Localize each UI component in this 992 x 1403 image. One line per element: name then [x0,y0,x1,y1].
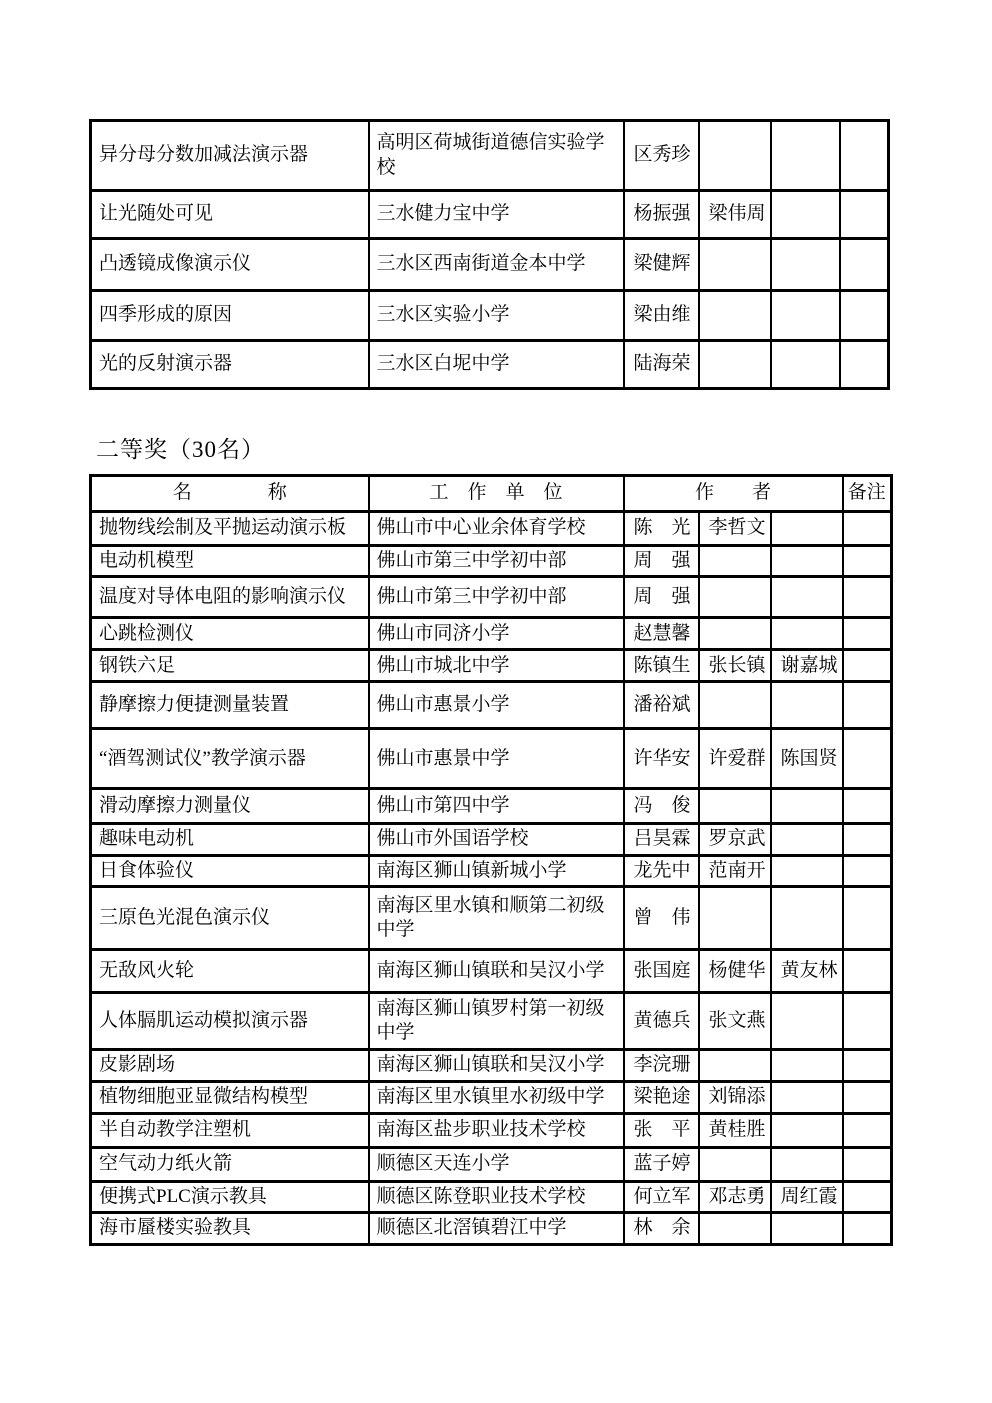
table-row: 三原色光混色演示仪南海区里水镇和顺第二初级中学曾 伟 [91,886,892,949]
cell-name: 温度对导体电阻的影响演示仪 [91,577,369,618]
table-row: 钢铁六足佛山市城北中学陈镇生张长镇谢嘉城 [91,650,892,682]
cell-remark [843,546,892,577]
header-cell-1: 工 作 单 位 [369,476,624,512]
cell-author-1: 张国庭 [624,949,699,992]
cell-name: 凸透镜成像演示仪 [91,239,369,291]
document-page: 异分母分数加减法演示器高明区荷城街道德信实验学校区秀珍让光随处可见三水健力宝中学… [0,0,992,1403]
table-row: 人体膈肌运动模拟演示器南海区狮山镇罗村第一初级中学黄德兵张文燕 [91,992,892,1049]
cell-remark [843,1049,892,1081]
cell-name: 植物细胞亚显微结构模型 [91,1081,369,1113]
cell-author-1: 何立军 [624,1181,699,1212]
header-row: 名 称工 作 单 位作 者备注 [91,476,892,512]
cell-name: 空气动力纸火箭 [91,1147,369,1181]
cell-author-2 [699,682,771,729]
cell-remark [843,1081,892,1113]
table-row: 便携式PLC演示教具顺德区陈登职业技术学校何立军邓志勇周红霞 [91,1181,892,1212]
cell-author-3 [771,239,840,291]
cell-author-3 [771,577,843,618]
cell-remark [843,1147,892,1181]
cell-name: 抛物线绘制及平抛运动演示板 [91,512,369,546]
table-row: 半自动教学注塑机南海区盐步职业技术学校张 平黄桂胜 [91,1113,892,1147]
cell-author-2: 杨健华 [699,949,771,992]
cell-name: 钢铁六足 [91,650,369,682]
cell-author-3 [771,1113,843,1147]
cell-remark [840,291,889,341]
cell-name: 趣味电动机 [91,824,369,855]
cell-name: 四季形成的原因 [91,291,369,341]
cell-author-1: 许华安 [624,729,699,789]
cell-author-1: 潘裕斌 [624,682,699,729]
award-table-continued: 异分母分数加减法演示器高明区荷城街道德信实验学校区秀珍让光随处可见三水健力宝中学… [89,119,890,390]
cell-name: 电动机模型 [91,546,369,577]
cell-author-3 [771,341,840,389]
cell-remark [843,824,892,855]
cell-author-1: 李浣珊 [624,1049,699,1081]
cell-author-3 [771,824,843,855]
cell-author-1: 林 余 [624,1213,699,1244]
cell-unit: 佛山市中心业余体育学校 [369,512,624,546]
cell-unit: 南海区狮山镇罗村第一初级中学 [369,992,624,1049]
cell-author-2 [699,341,771,389]
cell-unit: 佛山市惠景中学 [369,729,624,789]
table-row: 滑动摩擦力测量仪佛山市第四中学冯 俊 [91,789,892,824]
table-row: 电动机模型佛山市第三中学初中部周 强 [91,546,892,577]
cell-unit: 南海区里水镇里水初级中学 [369,1081,624,1113]
header-cell-3: 备注 [843,476,892,512]
cell-unit: 三水区白坭中学 [369,341,624,389]
cell-remark [840,239,889,291]
cell-unit: 佛山市第三中学初中部 [369,577,624,618]
cell-unit: 南海区盐步职业技术学校 [369,1113,624,1147]
table-row: 四季形成的原因三水区实验小学梁由维 [91,291,889,341]
table-row: 植物细胞亚显微结构模型南海区里水镇里水初级中学梁艳途刘锦添 [91,1081,892,1113]
header-cell-2: 作 者 [624,476,843,512]
cell-unit: 顺德区天连小学 [369,1147,624,1181]
cell-remark [843,886,892,949]
table-row: 心跳检测仪佛山市同济小学赵慧馨 [91,618,892,650]
cell-author-3 [771,291,840,341]
table-row: 皮影剧场南海区狮山镇联和吴汉小学李浣珊 [91,1049,892,1081]
table-row: 空气动力纸火箭顺德区天连小学蓝子婷 [91,1147,892,1181]
cell-name: 滑动摩擦力测量仪 [91,789,369,824]
cell-name: 异分母分数加减法演示器 [91,121,369,191]
cell-unit: 顺德区陈登职业技术学校 [369,1181,624,1212]
cell-author-3 [771,789,843,824]
cell-unit: 佛山市外国语学校 [369,824,624,855]
cell-author-2 [699,121,771,191]
cell-author-3 [771,1213,843,1244]
cell-name: 三原色光混色演示仪 [91,886,369,949]
cell-remark [843,650,892,682]
table-top-grid: 异分母分数加减法演示器高明区荷城街道德信实验学校区秀珍让光随处可见三水健力宝中学… [89,119,890,390]
cell-remark [840,341,889,389]
cell-author-2: 许爱群 [699,729,771,789]
cell-author-1: 龙先中 [624,855,699,886]
cell-author-3 [771,1147,843,1181]
cell-author-3 [771,121,840,191]
cell-author-1: 陈 光 [624,512,699,546]
table-row: 抛物线绘制及平抛运动演示板佛山市中心业余体育学校陈 光李哲文 [91,512,892,546]
cell-author-3 [771,1081,843,1113]
cell-author-1: 梁由维 [624,291,699,341]
cell-remark [843,1181,892,1212]
cell-author-1: 杨振强 [624,191,699,239]
cell-name: 光的反射演示器 [91,341,369,389]
cell-unit: 佛山市第四中学 [369,789,624,824]
cell-author-2: 梁伟周 [699,191,771,239]
cell-unit: 南海区里水镇和顺第二初级中学 [369,886,624,949]
cell-name: 半自动教学注塑机 [91,1113,369,1147]
cell-author-2: 罗京武 [699,824,771,855]
cell-author-3 [771,546,843,577]
cell-remark [840,191,889,239]
cell-unit: 南海区狮山镇联和吴汉小学 [369,949,624,992]
table-row: 静摩擦力便捷测量装置佛山市惠景小学潘裕斌 [91,682,892,729]
cell-unit: 佛山市惠景小学 [369,682,624,729]
table-row: 让光随处可见三水健力宝中学杨振强梁伟周 [91,191,889,239]
cell-remark [843,1213,892,1244]
cell-remark [843,512,892,546]
cell-author-3: 谢嘉城 [771,650,843,682]
cell-remark [843,618,892,650]
cell-author-1: 黄德兵 [624,992,699,1049]
cell-name: 日食体验仪 [91,855,369,886]
cell-author-2 [699,577,771,618]
cell-author-2: 邓志勇 [699,1181,771,1212]
cell-author-1: 梁健辉 [624,239,699,291]
cell-author-1: 曾 伟 [624,886,699,949]
table-row: 光的反射演示器三水区白坭中学陆海荣 [91,341,889,389]
cell-unit: 南海区狮山镇新城小学 [369,855,624,886]
cell-unit: 佛山市同济小学 [369,618,624,650]
cell-unit: 三水区西南街道金本中学 [369,239,624,291]
cell-author-1: 陆海荣 [624,341,699,389]
cell-unit: 佛山市第三中学初中部 [369,546,624,577]
cell-author-2: 张长镇 [699,650,771,682]
cell-author-3 [771,992,843,1049]
cell-name: “酒驾测试仪”教学演示器 [91,729,369,789]
cell-author-2 [699,546,771,577]
cell-remark [843,855,892,886]
cell-name: 人体膈肌运动模拟演示器 [91,992,369,1049]
cell-remark [843,789,892,824]
cell-author-2 [699,1213,771,1244]
cell-author-1: 陈镇生 [624,650,699,682]
cell-author-3 [771,1049,843,1081]
cell-author-1: 周 强 [624,577,699,618]
cell-remark [840,121,889,191]
cell-author-2 [699,1147,771,1181]
cell-name: 皮影剧场 [91,1049,369,1081]
cell-remark [843,729,892,789]
table-row: 凸透镜成像演示仪三水区西南街道金本中学梁健辉 [91,239,889,291]
cell-name: 海市蜃楼实验教具 [91,1213,369,1244]
cell-author-3: 陈国贤 [771,729,843,789]
cell-author-3: 周红霞 [771,1181,843,1212]
table-row: 海市蜃楼实验教具顺德区北滘镇碧江中学林 余 [91,1213,892,1244]
cell-name: 让光随处可见 [91,191,369,239]
cell-remark [843,1113,892,1147]
cell-author-3 [771,191,840,239]
cell-author-2 [699,239,771,291]
table-row: 温度对导体电阻的影响演示仪佛山市第三中学初中部周 强 [91,577,892,618]
cell-author-1: 冯 俊 [624,789,699,824]
table-row: 日食体验仪南海区狮山镇新城小学龙先中范南开 [91,855,892,886]
section-heading-second-prize: 二等奖（30名） [96,431,265,464]
cell-unit: 三水健力宝中学 [369,191,624,239]
cell-author-2 [699,1049,771,1081]
cell-author-1: 蓝子婷 [624,1147,699,1181]
cell-author-2: 范南开 [699,855,771,886]
cell-author-1: 梁艳途 [624,1081,699,1113]
table-row: 趣味电动机佛山市外国语学校吕昊霖罗京武 [91,824,892,855]
cell-unit: 三水区实验小学 [369,291,624,341]
cell-author-2: 张文燕 [699,992,771,1049]
table-row: 无敌风火轮南海区狮山镇联和吴汉小学张国庭杨健华黄友林 [91,949,892,992]
cell-unit: 佛山市城北中学 [369,650,624,682]
cell-author-1: 区秀珍 [624,121,699,191]
cell-name: 心跳检测仪 [91,618,369,650]
cell-author-1: 吕昊霖 [624,824,699,855]
cell-author-1: 张 平 [624,1113,699,1147]
cell-author-2: 李哲文 [699,512,771,546]
cell-author-2: 黄桂胜 [699,1113,771,1147]
cell-author-3 [771,618,843,650]
cell-author-2 [699,291,771,341]
table-second-grid: 名 称工 作 单 位作 者备注抛物线绘制及平抛运动演示板佛山市中心业余体育学校陈… [89,474,893,1246]
cell-author-2: 刘锦添 [699,1081,771,1113]
cell-name: 无敌风火轮 [91,949,369,992]
cell-unit: 高明区荷城街道德信实验学校 [369,121,624,191]
table-row: 异分母分数加减法演示器高明区荷城街道德信实验学校区秀珍 [91,121,889,191]
award-table-second-prize: 名 称工 作 单 位作 者备注抛物线绘制及平抛运动演示板佛山市中心业余体育学校陈… [89,474,893,1246]
cell-author-2 [699,886,771,949]
cell-name: 便携式PLC演示教具 [91,1181,369,1212]
cell-author-2 [699,789,771,824]
cell-author-3 [771,855,843,886]
cell-author-1: 周 强 [624,546,699,577]
cell-remark [843,992,892,1049]
cell-author-3 [771,886,843,949]
cell-name: 静摩擦力便捷测量装置 [91,682,369,729]
cell-author-1: 赵慧馨 [624,618,699,650]
cell-author-3 [771,512,843,546]
table-row: “酒驾测试仪”教学演示器佛山市惠景中学许华安许爱群陈国贤 [91,729,892,789]
cell-unit: 顺德区北滘镇碧江中学 [369,1213,624,1244]
cell-unit: 南海区狮山镇联和吴汉小学 [369,1049,624,1081]
cell-remark [843,949,892,992]
cell-author-2 [699,618,771,650]
cell-remark [843,577,892,618]
header-cell-0: 名 称 [91,476,369,512]
cell-author-3: 黄友林 [771,949,843,992]
cell-remark [843,682,892,729]
cell-author-3 [771,682,843,729]
